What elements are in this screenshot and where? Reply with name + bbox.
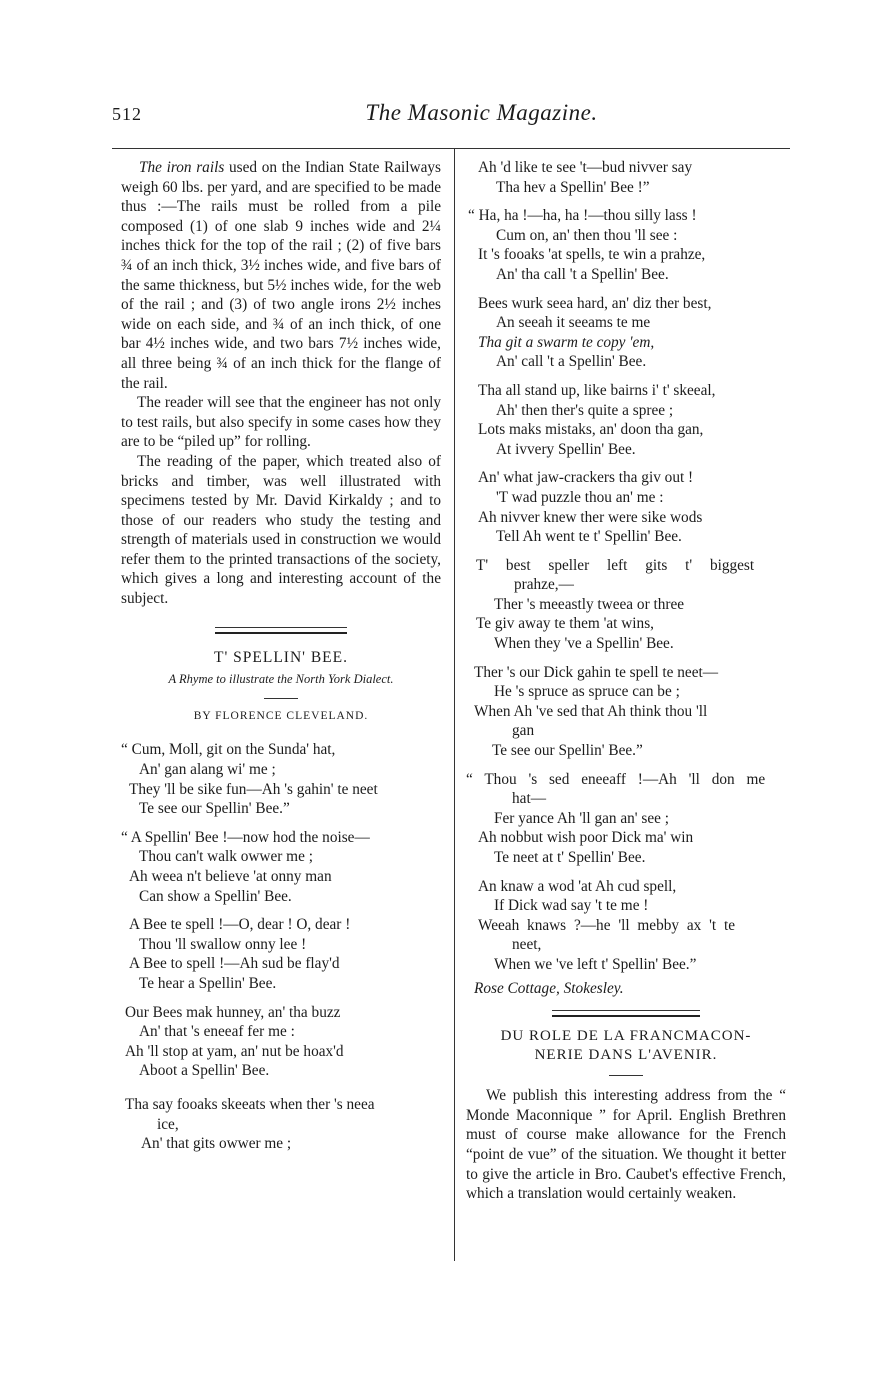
verse-line: “ Ha, ha !—ha, ha !—thou silly lass ! [466, 206, 786, 226]
verse-line: Tha hev a Spellin' Bee !” [466, 178, 786, 198]
stanza: Bees wurk seea hard, an' diz ther best, … [466, 294, 786, 372]
verse-line: Fer yance Ah 'll gan an' see ; [466, 809, 786, 829]
stanza: Tha say fooaks skeeats when ther 's neea… [121, 1095, 441, 1154]
paragraph-francmaconnerie: We publish this interesting address from… [466, 1086, 786, 1204]
verse-line: Tha git a swarm te copy 'em, [466, 333, 786, 353]
section-title-line-2: NERIE DANS L'AVENIR. [466, 1046, 786, 1065]
stanza: “ Thou 's sed eneeaff !—Ah 'll don me ha… [466, 770, 786, 868]
stanza: T' best speller left gits t' biggest pra… [466, 556, 786, 654]
paragraph-lead-italic: The iron rails [139, 159, 224, 176]
header-rule [112, 148, 790, 149]
verse-line: Ah 'll stop at yam, an' nut be hoax'd [121, 1042, 441, 1062]
verse-line: Can show a Spellin' Bee. [121, 887, 441, 907]
verse-line: “ Cum, Moll, git on the Sunda' hat, [121, 740, 441, 760]
verse-line: Aboot a Spellin' Bee. [121, 1061, 441, 1081]
verse-line: Ah nivver knew ther were sike wods [466, 508, 786, 528]
paragraph-engineer: The reader will see that the engineer ha… [121, 393, 441, 452]
verse-line: Thou 'll swallow onny lee ! [121, 935, 441, 955]
verse-line: An' that 's eneeaf fer me : [121, 1022, 441, 1042]
verse-line: ice, [121, 1115, 441, 1135]
verse-line: 'T wad puzzle thou an' me : [466, 488, 786, 508]
stanza: “ Cum, Moll, git on the Sunda' hat, An' … [121, 740, 441, 818]
verse-line: Lots maks mistaks, an' doon tha gan, [466, 420, 786, 440]
verse-line: An' that gits owwer me ; [121, 1134, 441, 1154]
verse-line: Ah weea n't believe 'at onny man [121, 867, 441, 887]
verse-line: An' gan alang wi' me ; [121, 760, 441, 780]
verse-line: Te see our Spellin' Bee.” [466, 741, 786, 761]
verse-line: neet, [466, 935, 786, 955]
verse-line: If Dick wad say 't te me ! [466, 896, 786, 916]
short-rule [609, 1075, 643, 1076]
section-rule [552, 1010, 700, 1017]
verse-line: prahze,— [466, 575, 786, 595]
verse-line: Thou can't walk owwer me ; [121, 847, 441, 867]
verse-line: It 's fooaks 'at spells, te win a prahze… [466, 245, 786, 265]
stanza: Tha all stand up, like bairns i' t' skee… [466, 381, 786, 459]
verse-line: An knaw a wod 'at Ah cud spell, [466, 877, 786, 897]
poem-byline: BY FLORENCE CLEVELAND. [121, 707, 441, 727]
verse-line: An' what jaw-crackers tha giv out ! [466, 468, 786, 488]
verse-line: At ivvery Spellin' Bee. [466, 440, 786, 460]
verse-line: They 'll be sike fun—Ah 's gahin' te nee… [121, 780, 441, 800]
stanza: “ A Spellin' Bee !—now hod the noise— Th… [121, 828, 441, 906]
verse-line: An seeah it seeams te me [466, 313, 786, 333]
verse-line: A Bee te spell !—O, dear ! O, dear ! [121, 915, 441, 935]
verse-line: An' call 't a Spellin' Bee. [466, 352, 786, 372]
column-divider [454, 149, 455, 1261]
verse-line: Te see our Spellin' Bee.” [121, 799, 441, 819]
stanza: A Bee te spell !—O, dear ! O, dear ! Tho… [121, 915, 441, 993]
left-column: The iron rails used on the Indian State … [121, 158, 441, 1163]
verse-line: Ah 'd like te see 't—bud nivver say [466, 158, 786, 178]
verse-line: “ Thou 's sed eneeaff !—Ah 'll don me [466, 770, 786, 790]
paragraph-text: used on the Indian State Railways weigh … [121, 159, 441, 392]
verse-line: An' tha call 't a Spellin' Bee. [466, 265, 786, 285]
section-rule [215, 627, 347, 634]
verse-line: T' best speller left gits t' biggest [466, 556, 786, 576]
poem-subtitle: A Rhyme to illustrate the North York Dia… [121, 670, 441, 690]
verse-line: Te giv away te them 'at wins, [466, 614, 786, 634]
verse-line: Tha say fooaks skeeats when ther 's neea [121, 1095, 441, 1115]
verse-line: gan [466, 721, 786, 741]
stanza: Ther 's our Dick gahin te spell te neet—… [466, 663, 786, 761]
verse-line: Bees wurk seea hard, an' diz ther best, [466, 294, 786, 314]
verse-line: “ A Spellin' Bee !—now hod the noise— [121, 828, 441, 848]
verse-line: Ther 's our Dick gahin te spell te neet— [466, 663, 786, 683]
stanza: An knaw a wod 'at Ah cud spell, If Dick … [466, 877, 786, 975]
verse-line: When we 've left t' Spellin' Bee.” [466, 955, 786, 975]
stanza: Ah 'd like te see 't—bud nivver say Tha … [466, 158, 786, 197]
verse-line: Te hear a Spellin' Bee. [121, 974, 441, 994]
paragraph-reading: The reading of the paper, which treated … [121, 452, 441, 609]
paragraph-iron-rails: The iron rails used on the Indian State … [121, 158, 441, 393]
verse-line: hat— [466, 789, 786, 809]
verse-line: Cum on, an' then thou 'll see : [466, 226, 786, 246]
verse-line: A Bee to spell !—Ah sud be flay'd [121, 954, 441, 974]
verse-line: He 's spruce as spruce can be ; [466, 682, 786, 702]
stanza: An' what jaw-crackers tha giv out ! 'T w… [466, 468, 786, 546]
verse-line: Ther 's meeastly tweea or three [466, 595, 786, 615]
stanza: Our Bees mak hunney, an' tha buzz An' th… [121, 1003, 441, 1081]
verse-line: Ah' then ther's quite a spree ; [466, 401, 786, 421]
verse-line: Weeah knaws ?—he 'll mebby ax 't te [466, 916, 786, 936]
verse-line: Tha all stand up, like bairns i' t' skee… [466, 381, 786, 401]
poem-signature: Rose Cottage, Stokesley. [474, 979, 786, 999]
verse-line: Our Bees mak hunney, an' tha buzz [121, 1003, 441, 1023]
verse-line: Tell Ah went te t' Spellin' Bee. [466, 527, 786, 547]
stanza: “ Ha, ha !—ha, ha !—thou silly lass ! Cu… [466, 206, 786, 284]
running-title: The Masonic Magazine. [0, 100, 893, 126]
section-title-line-1: DU ROLE DE LA FRANCMACON- [466, 1027, 786, 1046]
verse-line: Te neet at t' Spellin' Bee. [466, 848, 786, 868]
right-column: Ah 'd like te see 't—bud nivver say Tha … [466, 158, 786, 1204]
short-rule [264, 698, 298, 699]
verse-line: Ah nobbut wish poor Dick ma' win [466, 828, 786, 848]
verse-line: When they 've a Spellin' Bee. [466, 634, 786, 654]
verse-line: When Ah 've sed that Ah think thou 'll [466, 702, 786, 722]
poem-title: T' SPELLIN' BEE. [121, 648, 441, 668]
